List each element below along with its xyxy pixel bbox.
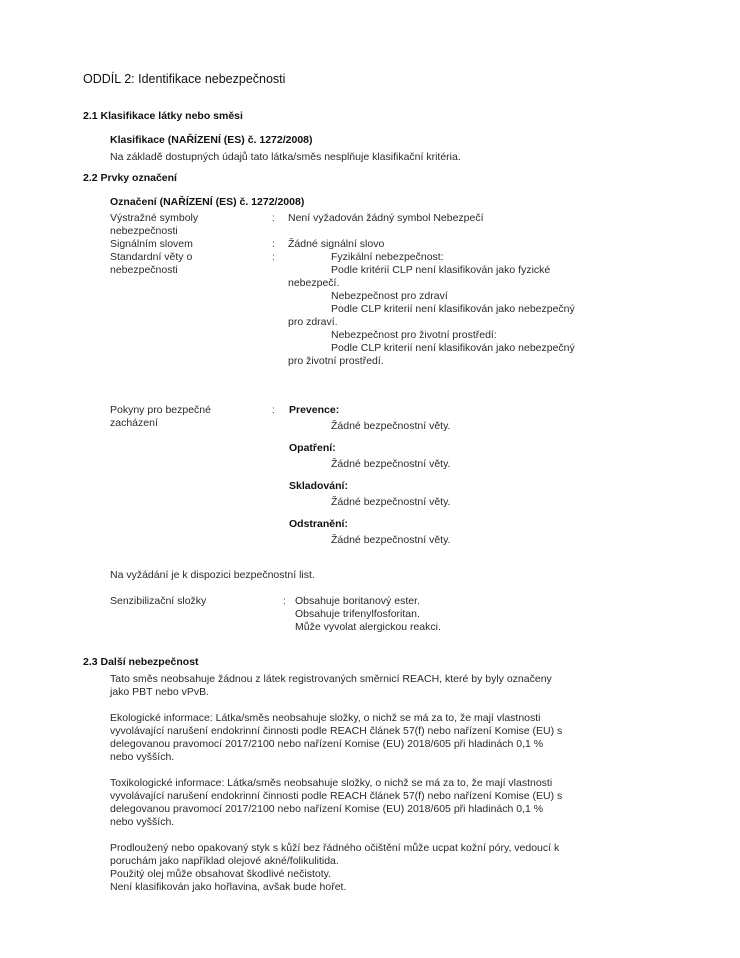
section-title: ODDÍL 2: Identifikace nebezpečnosti: [83, 73, 285, 86]
value-hazard-symbols: Není vyžadován žádný symbol Nebezpečí: [288, 212, 484, 225]
precaution-group-title: Skladování:: [289, 480, 348, 493]
hazard-statement-line: pro životní prostředí.: [288, 355, 384, 368]
sensitizer-line: Může vyvolat alergickou reakci.: [295, 621, 441, 634]
hazard-statement-line: Fyzikální nebezpečnost:: [331, 251, 444, 264]
label-precautionary-line2: zacházení: [110, 417, 158, 430]
hazard-statement-line: Nebezpečnost pro životní prostředí:: [331, 329, 497, 342]
paragraph-line: Použitý olej může obsahovat škodlivé neč…: [110, 868, 331, 881]
paragraph-line: Prodloužený nebo opakovaný styk s kůží b…: [110, 842, 559, 855]
paragraph-line: nebo vyšších.: [110, 816, 174, 829]
paragraph-line: Tato směs neobsahuje žádnou z látek regi…: [110, 673, 552, 686]
hazard-statement-line: Podle CLP kriterií není klasifikován jak…: [331, 303, 575, 316]
colon-separator: :: [272, 404, 275, 417]
classification-text: Na základě dostupných údajů tato látka/s…: [110, 151, 461, 164]
hazard-statement-line: Podle kritérií CLP není klasifikován jak…: [331, 264, 550, 277]
heading-2-1: 2.1 Klasifikace látky nebo směsi: [83, 110, 243, 123]
label-precautionary-line1: Pokyny pro bezpečné: [110, 404, 211, 417]
label-signal-word: Signálním slovem: [110, 238, 193, 251]
colon-separator: :: [272, 238, 275, 251]
subheading-classification: Klasifikace (NAŘÍZENÍ (ES) č. 1272/2008): [110, 134, 313, 147]
hazard-statement-line: Podle CLP kriterií není klasifikován jak…: [331, 342, 575, 355]
paragraph-line: delegovanou pravomocí 2017/2100 nebo nař…: [110, 738, 543, 751]
precaution-group-title: Odstranění:: [289, 518, 348, 531]
precaution-group-title: Opatření:: [289, 442, 336, 455]
paragraph-line: Toxikologické informace: Látka/směs neob…: [110, 777, 552, 790]
sensitizer-line: Obsahuje trifenylfosforitan.: [295, 608, 420, 621]
hazard-statement-line: pro zdraví.: [288, 316, 338, 329]
heading-2-3: 2.3 Další nebezpečnost: [83, 656, 199, 669]
subheading-labelling: Označení (NAŘÍZENÍ (ES) č. 1272/2008): [110, 196, 304, 209]
paragraph-line: vyvolávající narušení endokrinní činnost…: [110, 725, 562, 738]
precaution-group-value: Žádné bezpečnostní věty.: [331, 458, 450, 471]
paragraph-line: Ekologické informace: Látka/směs neobsah…: [110, 712, 541, 725]
precaution-group-value: Žádné bezpečnostní věty.: [331, 496, 450, 509]
label-hazard-symbols-line2: nebezpečnosti: [110, 225, 178, 238]
colon-separator: :: [272, 212, 275, 225]
label-hazard-statements-line1: Standardní věty o: [110, 251, 192, 264]
label-hazard-symbols-line1: Výstražné symboly: [110, 212, 198, 225]
colon-separator: :: [283, 595, 286, 608]
paragraph-line: Není klasifikován jako hořlavina, avšak …: [110, 881, 346, 894]
label-sensitizers: Senzibilizační složky: [110, 595, 206, 608]
paragraph-line: vyvolávající narušení endokrinní činnost…: [110, 790, 562, 803]
hazard-statement-line: nebezpečí.: [288, 277, 339, 290]
label-hazard-statements-line2: nebezpečnosti: [110, 264, 178, 277]
paragraph-line: nebo vyšších.: [110, 751, 174, 764]
paragraph-line: delegovanou pravomocí 2017/2100 nebo nař…: [110, 803, 543, 816]
sensitizer-line: Obsahuje boritanový ester.: [295, 595, 420, 608]
precaution-group-title: Prevence:: [289, 404, 339, 417]
sds-availability-note: Na vyžádání je k dispozici bezpečnostní …: [110, 569, 315, 582]
heading-2-2: 2.2 Prvky označení: [83, 172, 177, 185]
value-signal-word: Žádné signální slovo: [288, 238, 384, 251]
precaution-group-value: Žádné bezpečnostní věty.: [331, 534, 450, 547]
colon-separator: :: [272, 251, 275, 264]
paragraph-line: poruchám jako například olejové akné/fol…: [110, 855, 339, 868]
hazard-statement-line: Nebezpečnost pro zdraví: [331, 290, 448, 303]
precaution-group-value: Žádné bezpečnostní věty.: [331, 420, 450, 433]
paragraph-line: jako PBT nebo vPvB.: [110, 686, 209, 699]
